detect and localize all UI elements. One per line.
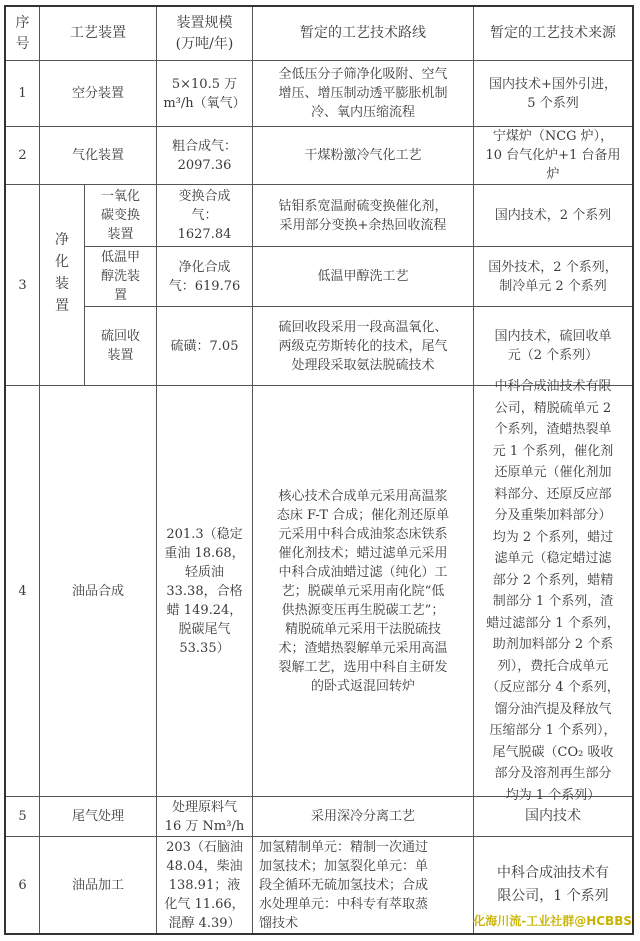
row1-scale: 5×10.5 万 m³/h（氧气）	[157, 61, 253, 127]
row3c-scale: 硫磺：7.05	[157, 307, 253, 386]
row3b-route: 低温甲醇洗工艺	[253, 247, 474, 307]
row1-route: 全低压分子筛净化吸附、空气 增压、增压制动透平膨胀机制 冷、氧内压缩流程	[253, 61, 474, 127]
process-table: 序 号 工艺装置 装置规模 (万吨/年) 暂定的工艺技术路线 暂定的工艺技术来源…	[4, 5, 634, 935]
row6-scale: 203（石脑油 48.04，柴油 138.91；液 化气 11.66， 混醇 4…	[157, 837, 253, 933]
row4-source: 中科合成油技术有限 公司，精脱硫单元 2 个系列，渣蜡热裂单 元 1 个系列，催…	[474, 386, 632, 797]
row3a-scale: 变换合成 气： 1627.84	[157, 185, 253, 247]
row3a-subunit: 一氧化 碳变换 装置	[85, 185, 157, 247]
row1-unit: 空分装置	[40, 61, 157, 127]
row2-source: 宁煤炉（NCG 炉）， 10 台气化炉+1 台备用 炉	[474, 127, 632, 185]
row3a-route: 钴钼系宽温耐硫变换催化剂， 采用部分变换+余热回收流程	[253, 185, 474, 247]
row5-unit: 尾气处理	[40, 797, 157, 837]
row6-unit: 油品加工	[40, 837, 157, 933]
row3a-source: 国内技术，2 个系列	[474, 185, 632, 247]
row5-scale: 处理原料气 16 万 Nm³/h	[157, 797, 253, 837]
header-seq: 序 号	[6, 7, 40, 61]
header-unit: 工艺装置	[40, 7, 157, 61]
row3b-subunit: 低温甲 醇洗装 置	[85, 247, 157, 307]
row3b-scale: 净化合成 气：619.76	[157, 247, 253, 307]
row6-route: 加氢精制单元：精制一次通过 加氢技术；加氢裂化单元：单 段全循环无硫加氢技术；合…	[253, 837, 474, 933]
watermark: 化海川流-工业社群@HCBBS	[473, 912, 632, 929]
header-scale: 装置规模 (万吨/年)	[157, 7, 253, 61]
row4-scale: 201.3（稳定 重油 18.68， 轻质油 33.38，合格 蜡 149.24…	[157, 386, 253, 797]
row3b-source: 国外技术，2 个系列， 制冷单元 2 个系列	[474, 247, 632, 307]
row3c-route: 硫回收段采用一段高温氧化、 两级克劳斯转化的技术，尾气 处理段采取氨法脱硫技术	[253, 307, 474, 386]
row3-seq: 3	[6, 185, 40, 386]
row3c-source: 国内技术，硫回收单 元（2 个系列）	[474, 307, 632, 386]
row5-route: 采用深冷分离工艺	[253, 797, 474, 837]
header-route: 暂定的工艺技术路线	[253, 7, 474, 61]
row4-route: 核心技术合成单元采用高温浆 态床 F-T 合成；催化剂还原单 元采用中科合成油浆…	[253, 386, 474, 797]
row3c-subunit: 硫回收 装置	[85, 307, 157, 386]
row2-seq: 2	[6, 127, 40, 185]
row4-unit: 油品合成	[40, 386, 157, 797]
header-source: 暂定的工艺技术来源	[474, 7, 632, 61]
row3-unit: 净 化 装 置	[40, 185, 85, 386]
row2-unit: 气化装置	[40, 127, 157, 185]
row5-seq: 5	[6, 797, 40, 837]
row1-seq: 1	[6, 61, 40, 127]
row5-source: 国内技术	[474, 797, 632, 837]
row4-seq: 4	[6, 386, 40, 797]
row2-scale: 粗合成气： 2097.36	[157, 127, 253, 185]
row2-route: 干煤粉激冷气化工艺	[253, 127, 474, 185]
row1-source: 国内技术+国外引进， 5 个系列	[474, 61, 632, 127]
row6-seq: 6	[6, 837, 40, 933]
